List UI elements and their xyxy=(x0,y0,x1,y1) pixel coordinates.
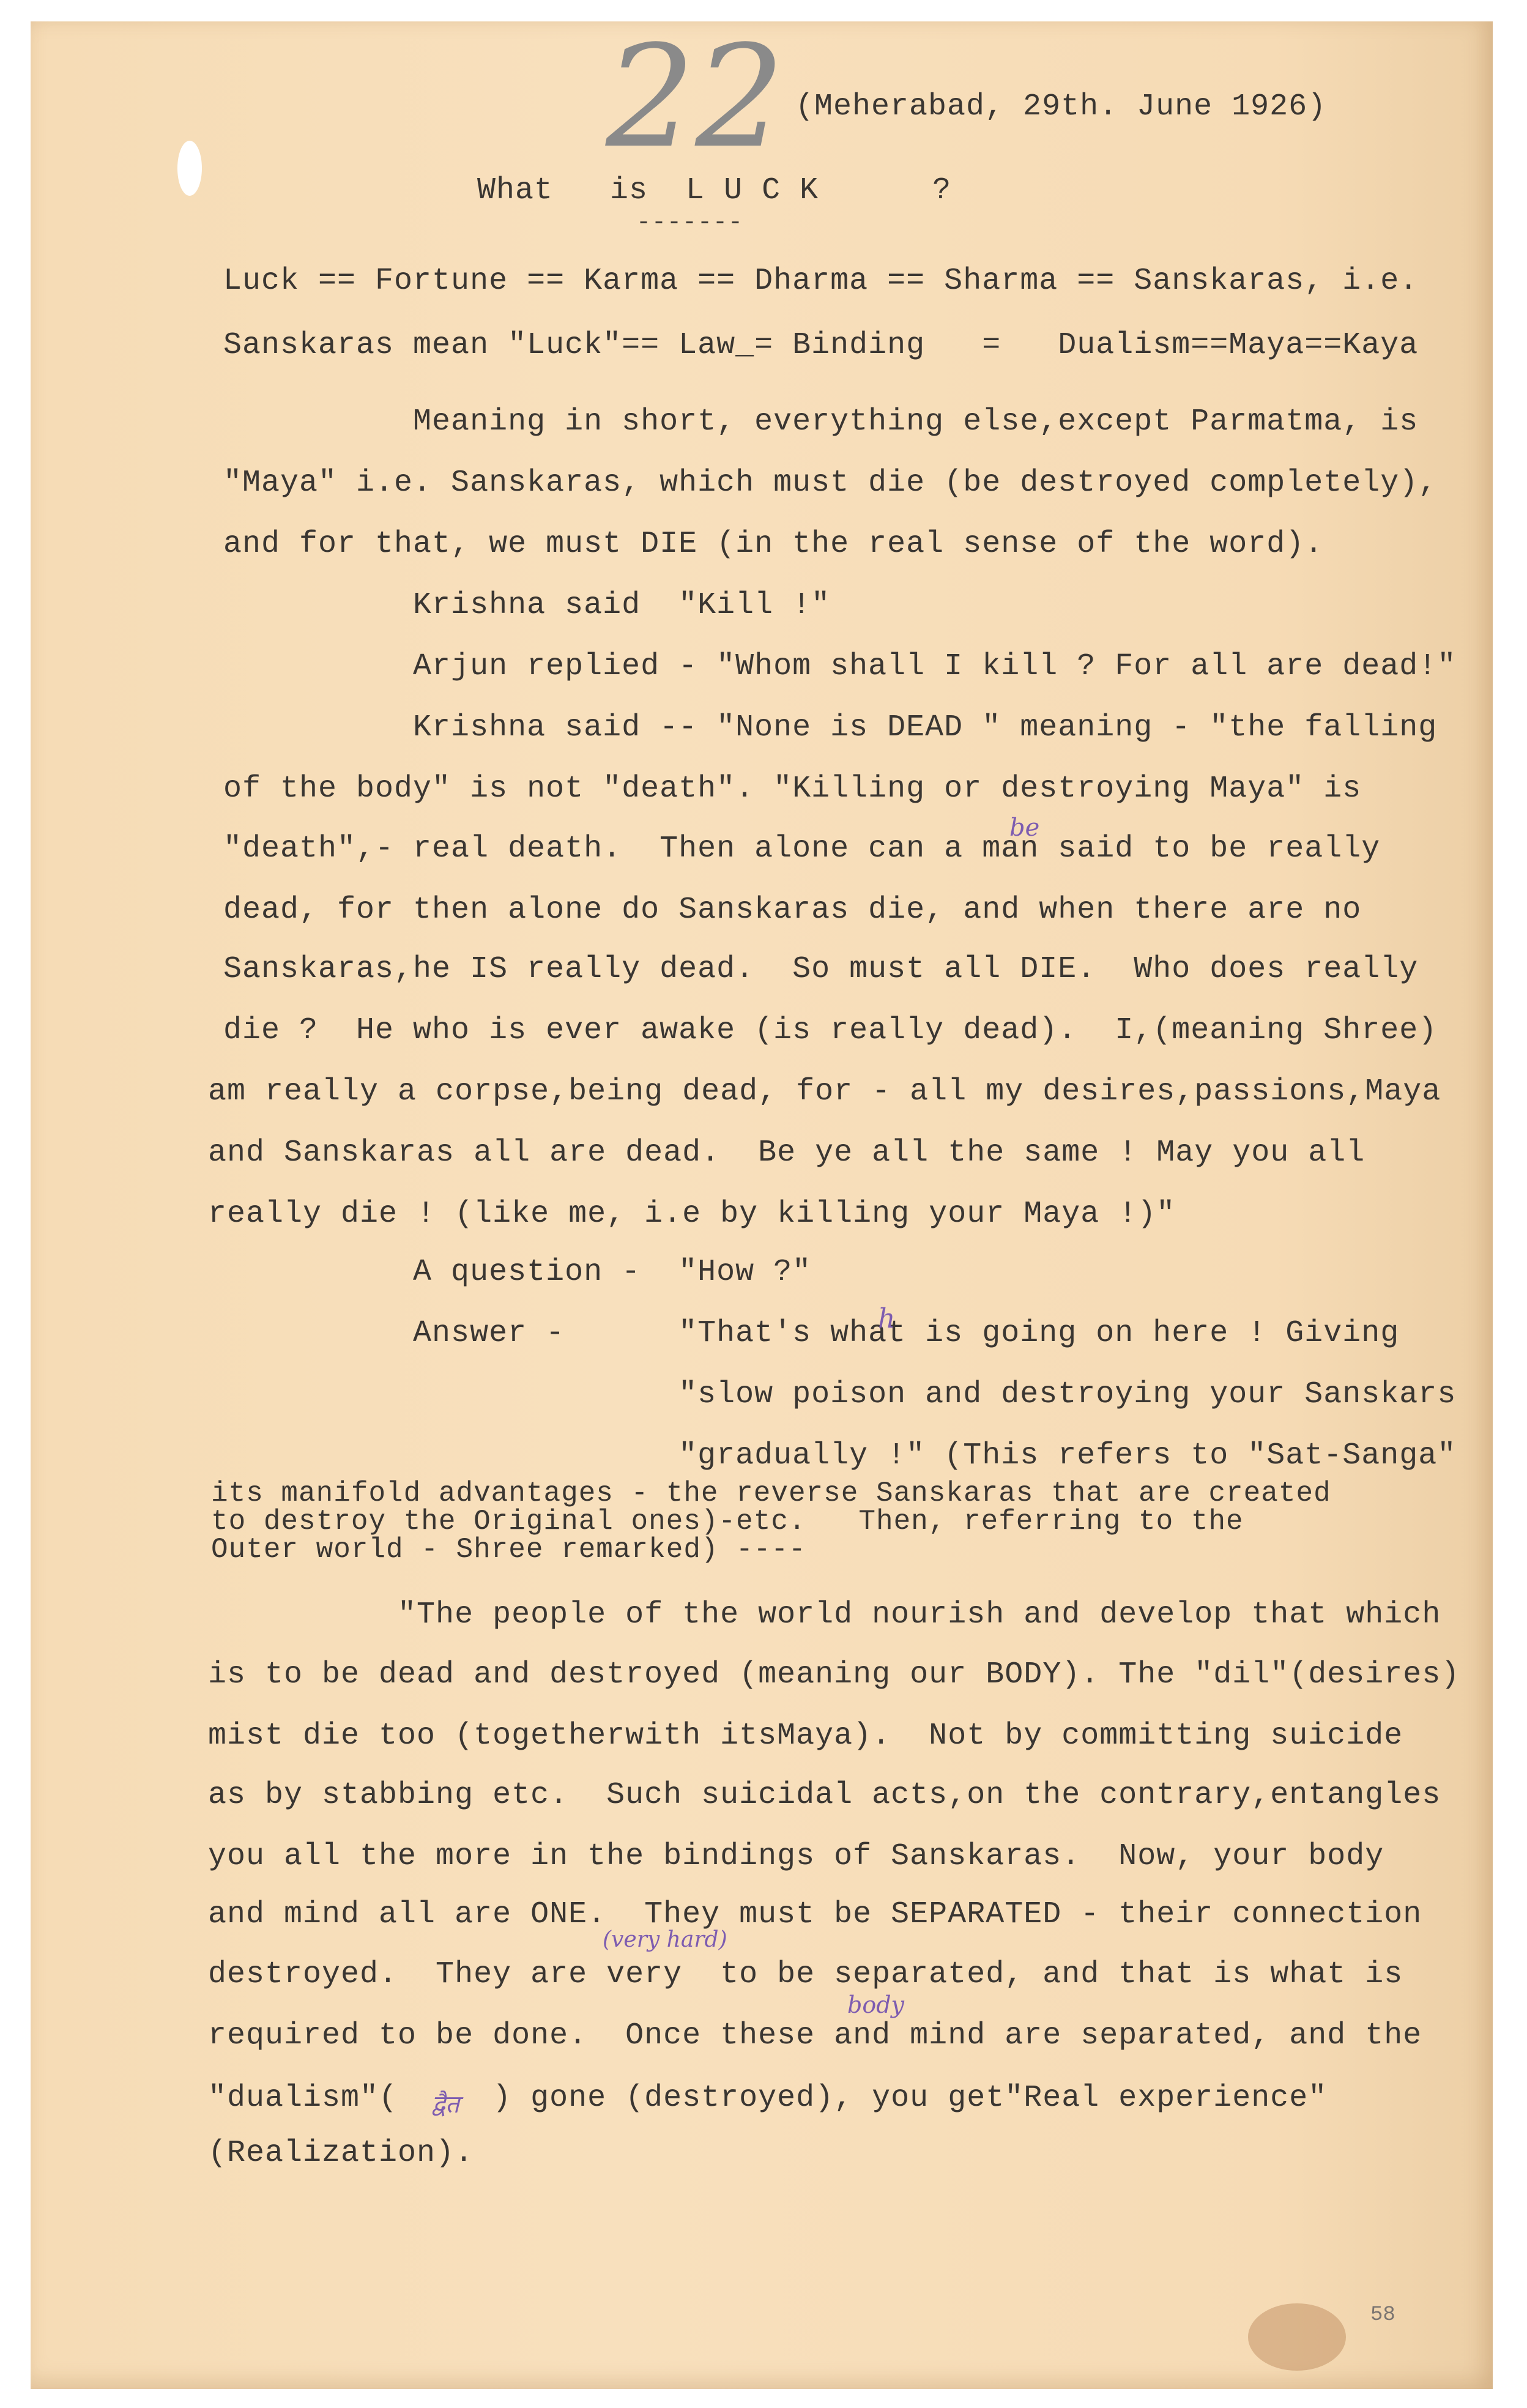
text-line: Meaning in short, everything else,except… xyxy=(223,404,1418,440)
text-line: "The people of the world nourish and dev… xyxy=(208,1597,1441,1633)
text-line: "death",- real death. Then alone can a m… xyxy=(223,831,1380,868)
text-line: die ? He who is ever awake (is really de… xyxy=(223,1013,1437,1049)
annotation-h: h xyxy=(878,1303,895,1334)
text-line: to destroy the Original ones)-etc. Then,… xyxy=(211,1507,1244,1536)
text-line: its manifold advantages - the reverse Sa… xyxy=(211,1479,1331,1507)
punch-hole xyxy=(177,141,202,196)
text-line: Sanskaras mean "Luck"== Law_= Binding = … xyxy=(223,327,1418,364)
text-line: as by stabbing etc. Such suicidal acts,o… xyxy=(208,1777,1441,1814)
title: What is L U C K ? xyxy=(477,173,951,209)
annotation-body: body xyxy=(847,1991,904,2018)
dateline: (Meherabad, 29th. June 1926) xyxy=(795,89,1326,125)
text-line: Arjun replied - "Whom shall I kill ? For… xyxy=(223,648,1456,685)
text-line: and Sanskaras all are dead. Be ye all th… xyxy=(208,1135,1365,1172)
text-line: required to be done. Once these and mind… xyxy=(208,2018,1422,2054)
text-line: and mind all are ONE. They must be SEPAR… xyxy=(208,1897,1422,1933)
text-line: am really a corpse,being dead, for - all… xyxy=(208,1074,1441,1110)
text-line: Answer - "That's what is going on here !… xyxy=(223,1315,1399,1352)
text-line: is to be dead and destroyed (meaning our… xyxy=(208,1657,1460,1693)
text-line: destroyed. They are very to be separated… xyxy=(208,1956,1403,1993)
annotation-be: be xyxy=(1009,814,1039,842)
title-underline: ------- xyxy=(636,205,743,242)
paper-stain xyxy=(1248,2303,1346,2371)
text-line: "slow poison and destroying your Sanskar… xyxy=(223,1377,1456,1413)
text-line: "gradually !" (This refers to "Sat-Sanga… xyxy=(223,1438,1456,1474)
text-line: Outer world - Shree remarked) ---- xyxy=(211,1536,806,1564)
text-line: "dualism"( ) gone (destroyed), you get"R… xyxy=(208,2080,1327,2117)
handwritten-page-number: 22 xyxy=(606,24,785,171)
text-line: Luck == Fortune == Karma == Dharma == Sh… xyxy=(223,263,1418,300)
text-line: dead, for then alone do Sanskaras die, a… xyxy=(223,892,1361,929)
annotation-very-hard: (very hard) xyxy=(603,1927,727,1952)
text-line: you all the more in the bindings of Sans… xyxy=(208,1838,1384,1875)
page-number: 58 xyxy=(1370,2303,1395,2327)
text-line: and for that, we must DIE (in the real s… xyxy=(223,526,1323,563)
text-line: Sanskaras,he IS really dead. So must all… xyxy=(223,951,1418,988)
text-line: Krishna said "Kill !" xyxy=(223,587,830,624)
text-line: mist die too (togetherwith itsMaya). Not… xyxy=(208,1718,1403,1755)
text-line: Krishna said -- "None is DEAD " meaning … xyxy=(223,710,1437,746)
text-line: (Realization). xyxy=(208,2135,474,2172)
text-line: of the body" is not "death". "Killing or… xyxy=(223,771,1361,808)
text-line: really die ! (like me, i.e by killing yo… xyxy=(208,1196,1175,1233)
text-line: A question - "How ?" xyxy=(223,1254,811,1291)
text-line: "Maya" i.e. Sanskaras, which must die (b… xyxy=(223,465,1437,502)
annotation-devanagari: द्वैत xyxy=(431,2086,459,2120)
